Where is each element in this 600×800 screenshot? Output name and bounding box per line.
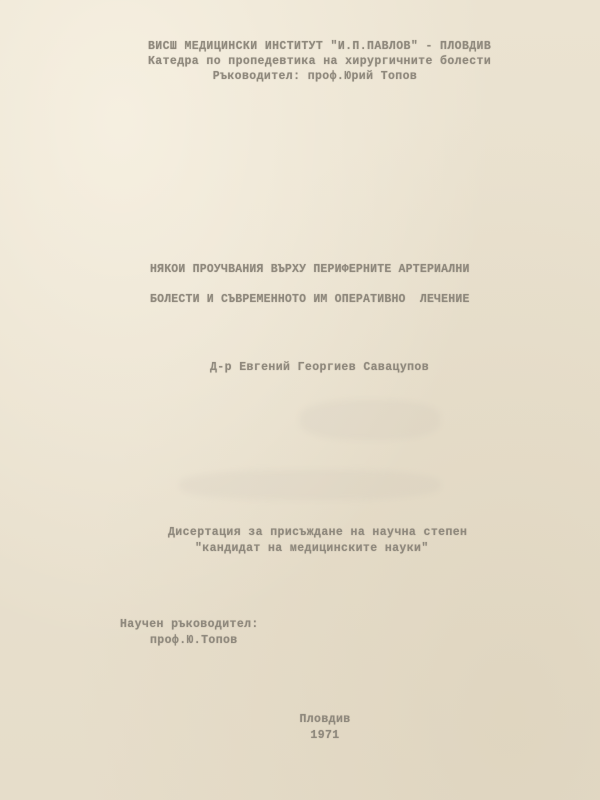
title-line-1: НЯКОИ ПРОУЧВАНИЯ ВЪРХУ ПЕРИФЕРНИТЕ АРТЕР… xyxy=(150,263,470,276)
supervisor-name: проф.Ю.Топов xyxy=(150,634,238,647)
department-head: Ръководител: проф.Юрий Топов xyxy=(0,70,600,83)
year: 1971 xyxy=(0,729,600,742)
place: Пловдив xyxy=(0,713,600,726)
bleed-through-mark xyxy=(300,400,440,440)
title-line-2: БОЛЕСТИ И СЪВРЕМЕННОТО ИМ ОПЕРАТИВНО ЛЕЧ… xyxy=(150,293,470,306)
document-page: ВИСШ МЕДИЦИНСКИ ИНСТИТУТ "И.П.ПАВЛОВ" - … xyxy=(0,0,600,800)
supervisor-label: Научен ръководител: xyxy=(120,618,259,631)
institution-name: ВИСШ МЕДИЦИНСКИ ИНСТИТУТ "И.П.ПАВЛОВ" - … xyxy=(148,40,491,53)
author-name: Д-р Евгений Георгиев Савацупов xyxy=(210,361,429,374)
bleed-through-mark xyxy=(180,470,440,500)
department-name: Катедра по пропедевтика на хирургичните … xyxy=(148,55,491,68)
dissertation-line-2: "кандидат на медицинските науки" xyxy=(195,542,429,555)
dissertation-line-1: Дисертация за присъждане на научна степе… xyxy=(168,526,467,539)
